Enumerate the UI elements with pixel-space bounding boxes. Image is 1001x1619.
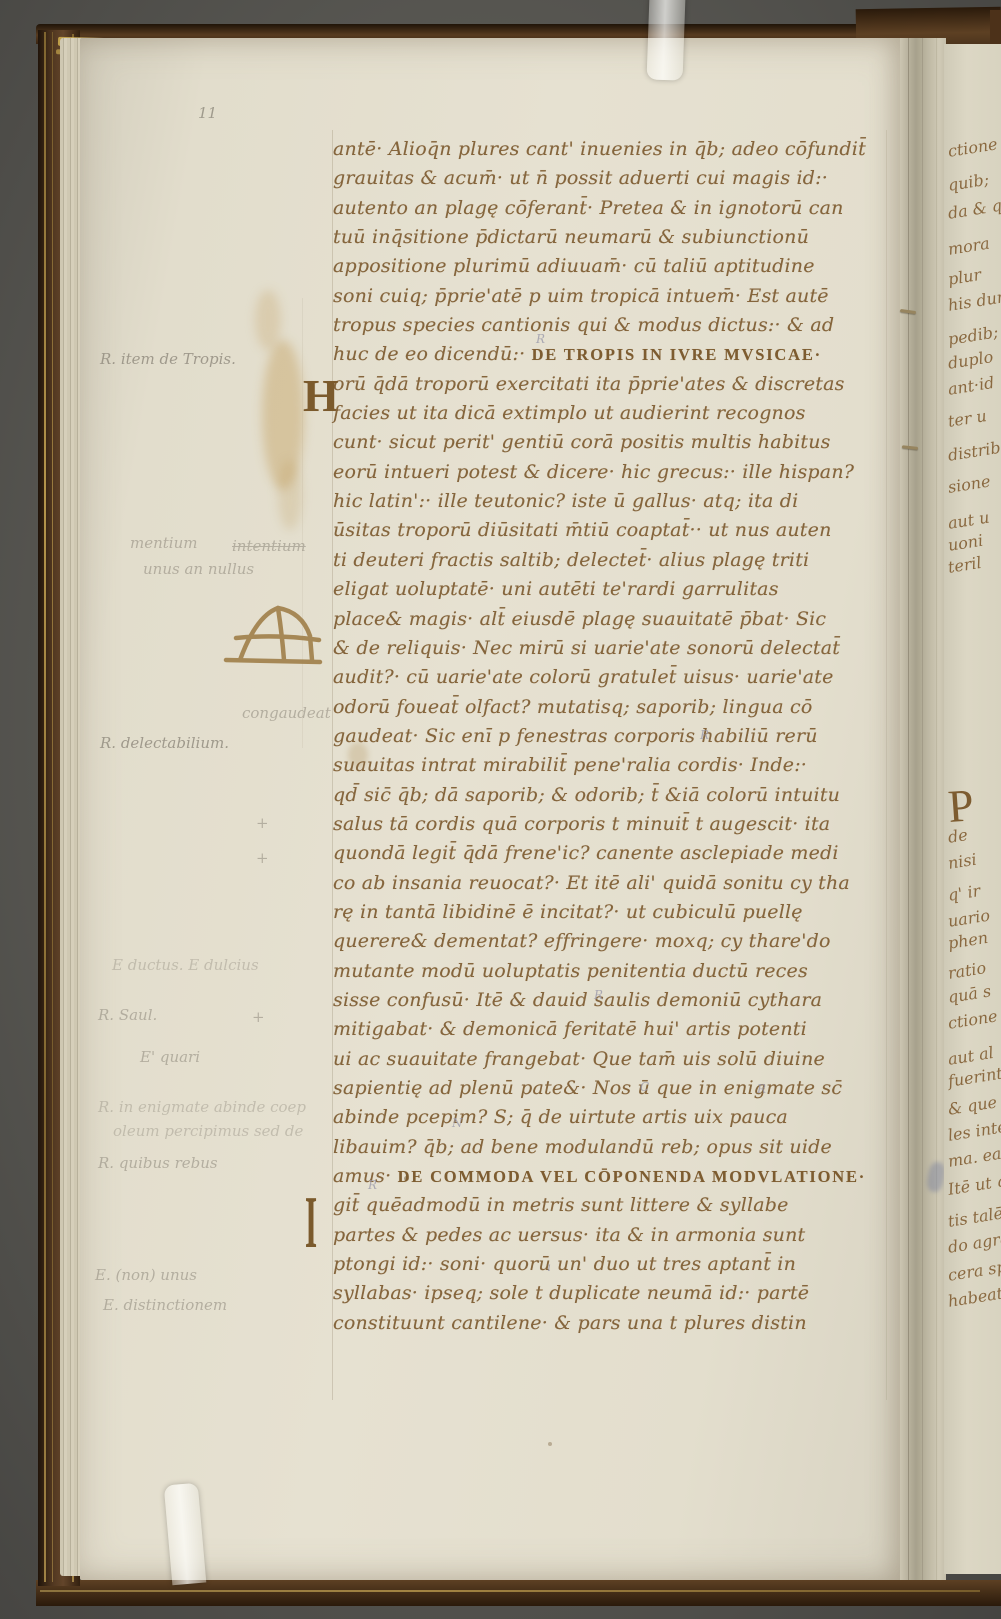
gutter-fold bbox=[900, 38, 946, 1580]
ms-text: antē· Alioq̄n plures cant' inuenies in q… bbox=[333, 138, 866, 160]
facing-page-fragment: quā s bbox=[947, 981, 993, 1007]
stain bbox=[278, 460, 302, 530]
fold-line bbox=[908, 38, 909, 1580]
ms-text: place& magis· alt̄ eiusdē plagę suauitat… bbox=[333, 608, 826, 630]
facing-page-fragment: ratio bbox=[947, 958, 988, 983]
ms-line: abinde pcepim? S; q̄ de uirtute artis ui… bbox=[333, 1106, 893, 1135]
facing-page-fragment: habeat bbox=[947, 1283, 1001, 1310]
manuscript-photo-scene: 11 antē· Alioq̄n plures cant' inuenies i… bbox=[0, 0, 1001, 1619]
ms-text: gaudeat· Sic enī p fenestras corporis ha… bbox=[333, 725, 818, 747]
ms-line: constituunt cantilene· & pars una t plur… bbox=[333, 1312, 893, 1341]
ms-line: amus· DE COMMODA VEL CŌPONENDA MODVLATIO… bbox=[333, 1165, 893, 1194]
facing-page-fragment: ant·id bbox=[947, 373, 996, 399]
facing-page-fragment: aut u bbox=[947, 508, 991, 533]
drop-initial-I: I bbox=[305, 1188, 317, 1258]
ms-text: quondā legit̄ q̄dā frene'ic? canente asc… bbox=[333, 842, 839, 864]
facing-page-fragment: les inte bbox=[947, 1117, 1001, 1145]
gold-tooling-line bbox=[44, 32, 46, 1582]
ms-text: appositione plurimū adiuuam̄· cū taliū a… bbox=[333, 255, 815, 277]
ms-line: co ab insania reuocat?· Et itē ali' quid… bbox=[333, 872, 893, 901]
ms-text: eligat uoluptatē· uni autēti te'rardi ga… bbox=[333, 578, 779, 600]
ms-text: ūsitas troporū diūsitati m̄tiū coaptat̄·… bbox=[333, 519, 832, 541]
ms-text: mitigabat· & demonicā feritatē hui' arti… bbox=[333, 1018, 807, 1040]
ms-text: orū q̄dā troporū exercitati ita p̄prie'a… bbox=[333, 373, 845, 395]
ms-line: gaudeat· Sic enī p fenestras corporis ha… bbox=[333, 725, 893, 754]
stain bbox=[255, 290, 281, 350]
ink-speck bbox=[548, 1442, 552, 1446]
ms-line: quondā legit̄ q̄dā frene'ic? canente asc… bbox=[333, 842, 893, 871]
ms-line: sisse confusū· Itē & dauid saulis demoni… bbox=[333, 989, 893, 1018]
fold-line bbox=[922, 38, 923, 1580]
ms-line: Igit̄ quēadmodū in metris sunt littere &… bbox=[333, 1194, 893, 1223]
ms-text: git̄ quēadmodū in metris sunt littere & … bbox=[333, 1194, 789, 1216]
ms-text: co ab insania reuocat?· Et itē ali' quid… bbox=[333, 872, 850, 894]
ms-line: tuū inq̄sitione p̄dictarū neumarū & subi… bbox=[333, 226, 893, 255]
ms-line: salus tā cordis quā corporis t minuit̄ t… bbox=[333, 813, 893, 842]
diagram-vertical bbox=[278, 608, 284, 660]
ms-text: libauim? q̄b; ad bene modulandū reb; opu… bbox=[333, 1136, 832, 1158]
ms-line: antē· Alioq̄n plures cant' inuenies in q… bbox=[333, 138, 893, 167]
ms-line: syllabas· ipseq; sole t duplicate neumā … bbox=[333, 1282, 893, 1311]
ms-line: querere& dementat? effringere· moxq; cy … bbox=[333, 930, 893, 959]
folio-number: 11 bbox=[198, 104, 217, 122]
facing-page-fragment: tis talē bbox=[947, 1203, 1001, 1230]
ms-text: cunt· sicut perit' gentiū corā positis m… bbox=[333, 431, 831, 453]
facing-page-fragment: pedib; bbox=[947, 322, 1000, 349]
facing-page-fragment: de bbox=[947, 825, 969, 847]
facing-page-fragment: ctione bbox=[947, 1006, 999, 1033]
facing-page-fragment: ctione bbox=[947, 134, 999, 161]
facing-page-fragment: q' ir bbox=[947, 881, 982, 905]
ms-line: sapientię ad plenū pate&· Nos ū que in e… bbox=[333, 1077, 893, 1106]
ms-line: audit?· cū uarie'ate colorū gratulet̄ ui… bbox=[333, 666, 893, 695]
gold-tooling-line bbox=[52, 32, 53, 1582]
ms-line: suauitas intrat mirabilit̄ pene'ralia co… bbox=[333, 754, 893, 783]
facing-page-fragment: uoni bbox=[947, 531, 985, 555]
ms-line: huc de eo dicendū:· DE TROPIS IN IVRE MV… bbox=[333, 343, 893, 372]
facing-page-fragment: do agrau bbox=[947, 1227, 1001, 1257]
ms-line: hic latin':· ille teutonic? iste ū gallu… bbox=[333, 490, 893, 519]
ms-text: autento an plagę cōferant̄· Pretea & in … bbox=[333, 197, 844, 219]
ms-text: partes & pedes ac uersus· ita & in armon… bbox=[333, 1224, 805, 1246]
diagram-arch bbox=[222, 594, 326, 674]
ms-line: facies ut ita dicā extimplo ut audierint… bbox=[333, 402, 893, 431]
ms-text: odorū foueat̄ olfact? mutatisq; saporib;… bbox=[333, 696, 813, 718]
ms-line: place& magis· alt̄ eiusdē plagę suauitat… bbox=[333, 608, 893, 637]
ms-text: sapientię ad plenū pate&· Nos ū que in e… bbox=[333, 1077, 842, 1099]
facing-page-fragment: nisi bbox=[947, 850, 978, 873]
facing-page-fragment: duplo bbox=[947, 347, 995, 373]
ms-line: eligat uoluptatē· uni autēti te'rardi ga… bbox=[333, 578, 893, 607]
ms-line: ti deuteri fractis saltib; delectet̄· al… bbox=[333, 549, 893, 578]
ms-text: sisse confusū· Itē & dauid saulis demoni… bbox=[333, 989, 822, 1011]
facing-page-fragment: ma. ead bbox=[947, 1142, 1001, 1171]
parchment-crease bbox=[302, 298, 303, 748]
ms-text: querere& dementat? effringere· moxq; cy … bbox=[333, 930, 831, 952]
ms-line: grauitas & acum̄· ut n̄ possit aduerti c… bbox=[333, 167, 893, 196]
facing-page-fragment: phen bbox=[947, 928, 990, 953]
ms-line: mutante modū uoluptatis penitentia ductū… bbox=[333, 960, 893, 989]
ms-text: ti deuteri fractis saltib; delectet̄· al… bbox=[333, 549, 809, 571]
ms-text: tropus species cantionis qui & modus dic… bbox=[333, 314, 834, 336]
ms-line: eorū intueri potest & dicere· hic grecus… bbox=[333, 461, 893, 490]
facing-page-fragment: & que bbox=[947, 1092, 999, 1118]
ms-line: rę in tantā libidinē ē incitat?· ut cubi… bbox=[333, 901, 893, 930]
ms-line: & de reliquis· Nec mirū si uarie'ate son… bbox=[333, 637, 893, 666]
ms-text: abinde pcepim? S; q̄ de uirtute artis ui… bbox=[333, 1106, 788, 1128]
facing-page-fragment: ter u bbox=[947, 406, 988, 431]
ms-line: ūsitas troporū diūsitati m̄tiū coaptat̄·… bbox=[333, 519, 893, 548]
ms-text: tuū inq̄sitione p̄dictarū neumarū & subi… bbox=[333, 226, 809, 248]
facing-page-fragment: sione bbox=[947, 471, 992, 496]
chapter-heading: DE COMMODA VEL CŌPONENDA MODVLATIONE· bbox=[398, 1167, 866, 1186]
facing-page-fragment: quib; bbox=[947, 170, 991, 195]
gold-tooling-line-bottom bbox=[40, 1590, 980, 1592]
ms-line: Horū q̄dā troporū exercitati ita p̄prie'… bbox=[333, 373, 893, 402]
ms-line: libauim? q̄b; ad bene modulandū reb; opu… bbox=[333, 1136, 893, 1165]
ms-line: ptongi id:· soni· quorū un' duo ut tres … bbox=[333, 1253, 893, 1282]
ms-text: soni cuiq; p̄prie'atē p uim tropicā intu… bbox=[333, 285, 829, 307]
ms-line: tropus species cantionis qui & modus dic… bbox=[333, 314, 893, 343]
ms-text: ui ac suauitate frangebat· Que tam̄ uis … bbox=[333, 1048, 825, 1070]
conservation-strap-top bbox=[647, 0, 686, 81]
ms-line: cunt· sicut perit' gentiū corā positis m… bbox=[333, 431, 893, 460]
ms-text: mutante modū uoluptatis penitentia ductū… bbox=[333, 960, 808, 982]
ms-text: huc de eo dicendū:· bbox=[333, 343, 532, 365]
ms-text: syllabas· ipseq; sole t duplicate neumā … bbox=[333, 1282, 809, 1304]
ms-text: hic latin':· ille teutonic? iste ū gallu… bbox=[333, 490, 798, 512]
ms-text: rę in tantā libidinē ē incitat?· ut cubi… bbox=[333, 901, 803, 923]
ms-text: grauitas & acum̄· ut n̄ possit aduerti c… bbox=[333, 167, 828, 189]
ms-text: salus tā cordis quā corporis t minuit̄ t… bbox=[333, 813, 830, 835]
facing-page-fragment: teril bbox=[947, 553, 983, 577]
facing-page-fragment: Itē ut q bbox=[947, 1171, 1001, 1199]
ms-text: constituunt cantilene· & pars una t plur… bbox=[333, 1312, 807, 1334]
ms-line: autento an plagę cōferant̄· Pretea & in … bbox=[333, 197, 893, 226]
diagram-dome bbox=[240, 608, 312, 660]
ms-text: suauitas intrat mirabilit̄ pene'ralia co… bbox=[333, 754, 807, 776]
ms-line: ui ac suauitate frangebat· Que tam̄ uis … bbox=[333, 1048, 893, 1077]
ms-text: qd̄ sic̄ q̄b; dā saporib; & odorib; t̄ &… bbox=[333, 784, 840, 806]
facing-page-fragment: cera spe bbox=[947, 1255, 1001, 1285]
ms-line: partes & pedes ac uersus· ita & in armon… bbox=[333, 1224, 893, 1253]
ms-line: appositione plurimū adiuuam̄· cū taliū a… bbox=[333, 255, 893, 284]
recto-page-sliver: ctionequib;da & qmoraplurhis durpedib;du… bbox=[944, 44, 1001, 1574]
ms-text: amus· bbox=[333, 1165, 398, 1187]
ms-line: qd̄ sic̄ q̄b; dā saporib; & odorib; t̄ &… bbox=[333, 784, 893, 813]
facing-page-fragment: plur bbox=[947, 265, 983, 289]
ms-line: soni cuiq; p̄prie'atē p uim tropicā intu… bbox=[333, 285, 893, 314]
ms-text: & de reliquis· Nec mirū si uarie'ate son… bbox=[333, 637, 840, 659]
fold-line bbox=[936, 38, 937, 1580]
facing-page-fragment: distrib bbox=[947, 438, 1001, 465]
facing-page-fragment: mora bbox=[947, 234, 991, 259]
facing-page-fragment: da & q bbox=[947, 196, 1001, 223]
facing-page-fragment: his dur bbox=[947, 287, 1001, 315]
text-block: antē· Alioq̄n plures cant' inuenies in q… bbox=[333, 138, 893, 1341]
ms-text: audit?· cū uarie'ate colorū gratulet̄ ui… bbox=[333, 666, 834, 688]
ms-text: facies ut ita dicā extimplo ut audierint… bbox=[333, 402, 806, 424]
ms-text: eorū intueri potest & dicere· hic grecus… bbox=[333, 461, 854, 483]
ms-text: ptongi id:· soni· quorū un' duo ut tres … bbox=[333, 1253, 796, 1275]
chapter-heading: DE TROPIS IN IVRE MVSICAE· bbox=[532, 345, 822, 364]
ms-line: odorū foueat̄ olfact? mutatisq; saporib;… bbox=[333, 696, 893, 725]
ms-line: mitigabat· & demonicā feritatē hui' arti… bbox=[333, 1018, 893, 1047]
